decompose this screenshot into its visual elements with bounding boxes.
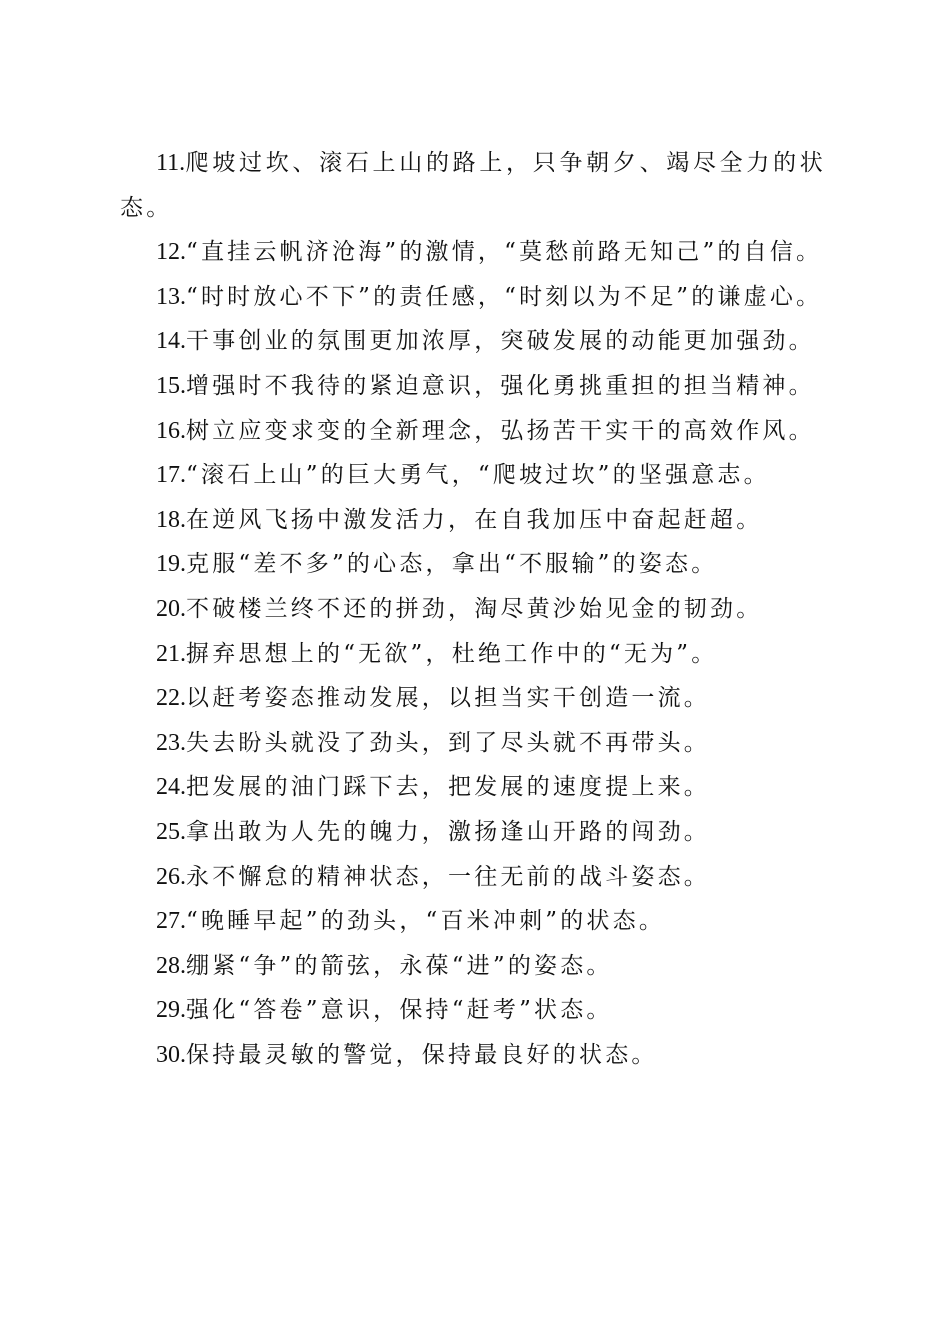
item-number: 28. [156, 953, 186, 979]
list-item-20: 20.不破楼兰终不还的拼劲，淘尽黄沙始见金的韧劲。 [120, 587, 826, 632]
item-text: 爬坡过坎、滚石上山的路上，只争朝夕、竭尽全力的状态。 [120, 150, 826, 221]
item-text: 以赶考姿态推动发展，以担当实干创造一流。 [186, 685, 710, 711]
item-text: “时时放心不下”的责任感，“时刻以为不足”的谦虚心。 [186, 284, 822, 310]
list-item-18: 18.在逆风飞扬中激发活力，在自我加压中奋起赶超。 [120, 498, 826, 543]
item-number: 14. [156, 328, 186, 354]
list-item-14: 14.干事创业的氛围更加浓厚，突破发展的动能更加强劲。 [120, 319, 826, 364]
list-item-29: 29.强化“答卷”意识，保持“赶考”状态。 [120, 988, 826, 1033]
item-number: 20. [156, 596, 186, 622]
item-number: 30. [156, 1042, 186, 1068]
item-text: 在逆风飞扬中激发活力，在自我加压中奋起赶超。 [186, 507, 762, 533]
item-number: 27. [156, 908, 186, 934]
list-item-11: 11.爬坡过坎、滚石上山的路上，只争朝夕、竭尽全力的状态。 [120, 141, 826, 230]
list-item-27: 27.“晚睡早起”的劲头，“百米冲刺”的状态。 [120, 899, 826, 944]
item-number: 17. [156, 462, 186, 488]
item-text: 拿出敢为人先的魄力，激扬逢山开路的闯劲。 [186, 819, 710, 845]
item-text: 保持最灵敏的警觉，保持最良好的状态。 [186, 1042, 658, 1068]
item-number: 26. [156, 864, 186, 890]
list-item-13: 13.“时时放心不下”的责任感，“时刻以为不足”的谦虚心。 [120, 275, 826, 320]
item-text: 摒弃思想上的“无欲”，杜绝工作中的“无为”。 [186, 641, 717, 667]
item-text: 永不懈怠的精神状态，一往无前的战斗姿态。 [186, 864, 710, 890]
list-item-21: 21.摒弃思想上的“无欲”，杜绝工作中的“无为”。 [120, 632, 826, 677]
list-item-12: 12.“直挂云帆济沧海”的激情，“莫愁前路无知己”的自信。 [120, 230, 826, 275]
item-text: “滚石上山”的巨大勇气，“爬坡过坎”的坚强意志。 [186, 462, 770, 488]
document-page: 11.爬坡过坎、滚石上山的路上，只争朝夕、竭尽全力的状态。 12.“直挂云帆济沧… [120, 141, 826, 1077]
item-text: 失去盼头就没了劲头，到了尽头就不再带头。 [186, 730, 710, 756]
list-item-19: 19.克服“差不多”的心态，拿出“不服输”的姿态。 [120, 542, 826, 587]
item-number: 15. [156, 373, 186, 399]
list-item-24: 24.把发展的油门踩下去，把发展的速度提上来。 [120, 765, 826, 810]
item-text: 干事创业的氛围更加浓厚，突破发展的动能更加强劲。 [186, 328, 815, 354]
list-item-30: 30.保持最灵敏的警觉，保持最良好的状态。 [120, 1033, 826, 1078]
list-item-25: 25.拿出敢为人先的魄力，激扬逢山开路的闯劲。 [120, 810, 826, 855]
list-item-15: 15.增强时不我待的紧迫意识，强化勇挑重担的担当精神。 [120, 364, 826, 409]
item-text: 增强时不我待的紧迫意识，强化勇挑重担的担当精神。 [186, 373, 815, 399]
list-item-26: 26.永不懈怠的精神状态，一往无前的战斗姿态。 [120, 855, 826, 900]
item-text: 树立应变求变的全新理念，弘扬苦干实干的高效作风。 [186, 418, 815, 444]
list-item-23: 23.失去盼头就没了劲头，到了尽头就不再带头。 [120, 721, 826, 766]
item-number: 21. [156, 641, 186, 667]
item-number: 13. [156, 284, 186, 310]
item-number: 12. [156, 239, 186, 265]
item-number: 23. [156, 730, 186, 756]
item-text: “晚睡早起”的劲头，“百米冲刺”的状态。 [186, 908, 665, 934]
list-item-28: 28.绷紧“争”的箭弦，永葆“进”的姿态。 [120, 944, 826, 989]
item-number: 29. [156, 997, 186, 1023]
item-text: 绷紧“争”的箭弦，永葆“进”的姿态。 [186, 953, 613, 979]
item-number: 25. [156, 819, 186, 845]
list-item-17: 17.“滚石上山”的巨大勇气，“爬坡过坎”的坚强意志。 [120, 453, 826, 498]
item-number: 22. [156, 685, 186, 711]
item-text: “直挂云帆济沧海”的激情，“莫愁前路无知己”的自信。 [186, 239, 822, 265]
item-number: 16. [156, 418, 186, 444]
item-number: 18. [156, 507, 186, 533]
list-item-16: 16.树立应变求变的全新理念，弘扬苦干实干的高效作风。 [120, 409, 826, 454]
item-number: 11. [156, 150, 185, 176]
item-number: 19. [156, 551, 186, 577]
item-text: 克服“差不多”的心态，拿出“不服输”的姿态。 [186, 551, 717, 577]
item-number: 24. [156, 774, 186, 800]
list-item-22: 22.以赶考姿态推动发展，以担当实干创造一流。 [120, 676, 826, 721]
item-text: 强化“答卷”意识，保持“赶考”状态。 [186, 997, 613, 1023]
item-text: 不破楼兰终不还的拼劲，淘尽黄沙始见金的韧劲。 [186, 596, 762, 622]
item-text: 把发展的油门踩下去，把发展的速度提上来。 [186, 774, 710, 800]
